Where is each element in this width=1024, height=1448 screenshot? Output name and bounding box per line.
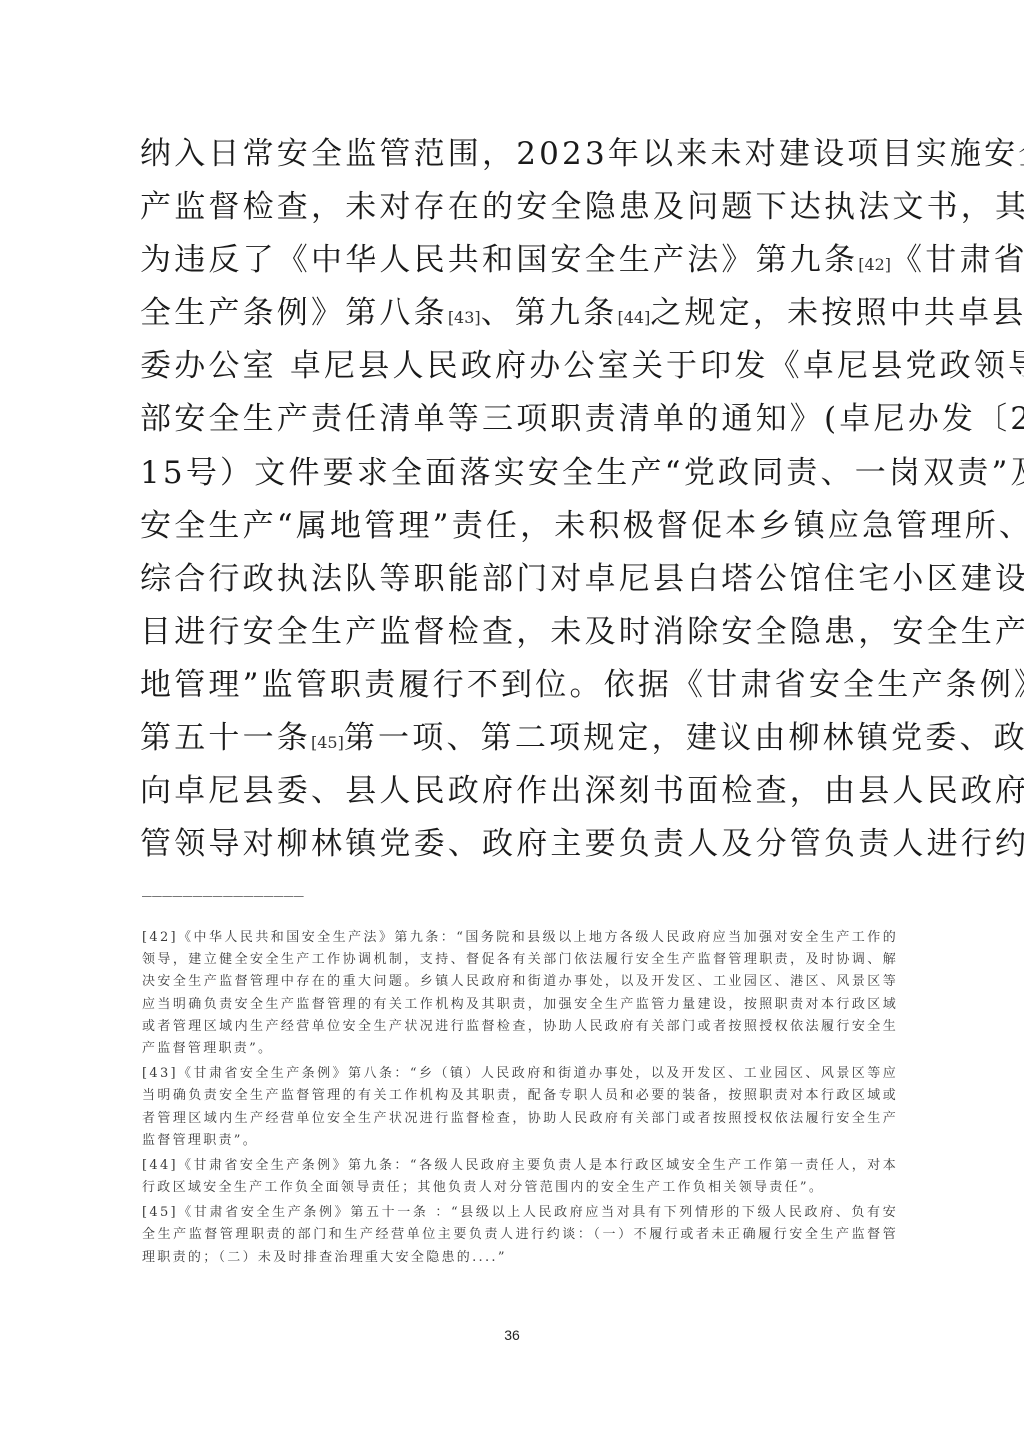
body-line-3-text: 为违反了《中华人民共和国安全生产法》第九条 <box>140 242 858 278</box>
body-line-5: 委办公室 卓尼县人民政府办公室关于印发《卓尼县党政领导干 <box>140 340 900 393</box>
footnote-42-line-4: 应当明确负责安全生产监督管理的有关工作机构及其职责，加强安全生产监管力量建设，按… <box>142 994 898 1016</box>
footnote-43-line-1: [43]《甘肃省安全生产条例》第八条：“乡（镇）人民政府和街道办事处，以及开发区… <box>142 1063 898 1085</box>
footnote-42-line-6: 产监督管理职责”。 <box>142 1038 898 1060</box>
body-line-8: 安全生产“属地管理”责任，未积极督促本乡镇应急管理所、 <box>140 500 900 553</box>
body-line-9: 综合行政执法队等职能部门对卓尼县白塔公馆住宅小区建设项 <box>140 553 900 606</box>
footnote-45-line-3: 理职责的；（二）未及时排查治理重大安全隐患的....” <box>142 1247 898 1269</box>
footnote-ref-44[interactable]: [44] <box>617 308 650 327</box>
footnote-separator: ________________ <box>142 878 360 898</box>
footnote-43: [43]《甘肃省安全生产条例》第八条：“乡（镇）人民政府和街道办事处，以及开发区… <box>142 1063 898 1152</box>
body-paragraph: 纳入日常安全监管范围，2023年以来未对建设项目实施安全生 产监督检查，未对存在… <box>140 128 900 871</box>
body-line-2: 产监督检查，未对存在的安全隐患及问题下达执法文书，其行 <box>140 181 900 234</box>
footnote-45: [45]《甘肃省安全生产条例》第五十一条 ：“县级以上人民政府应当对具有下列情形… <box>142 1202 898 1269</box>
footnote-43-line-3: 者管理区域内生产经营单位安全生产状况进行监督检查，协助人民政府有关部门或者按照授… <box>142 1108 898 1130</box>
body-line-12: 第五十一条[45]第一项、第二项规定，建议由柳林镇党委、政府 <box>140 712 900 765</box>
footnote-ref-42[interactable]: [42] <box>858 255 891 274</box>
body-line-1: 纳入日常安全监管范围，2023年以来未对建设项目实施安全生 <box>140 128 900 181</box>
footnote-44: [44]《甘肃省安全生产条例》第九条：“各级人民政府主要负责人是本行政区域安全生… <box>142 1155 898 1199</box>
footnote-43-line-2: 当明确负责安全生产监督管理的有关工作机构及其职责，配备专职人员和必要的装备，按照… <box>142 1085 898 1107</box>
document-page: 纳入日常安全监管范围，2023年以来未对建设项目实施安全生 产监督检查，未对存在… <box>0 0 1024 1448</box>
body-line-13: 向卓尼县委、县人民政府作出深刻书面检查，由县人民政府分 <box>140 765 900 818</box>
body-line-4-text: 全生产条例》第八条 <box>140 295 448 331</box>
body-line-3-tail: 《甘肃省安 <box>891 242 1024 278</box>
footnote-44-line-1: [44]《甘肃省安全生产条例》第九条：“各级人民政府主要负责人是本行政区域安全生… <box>142 1155 898 1177</box>
body-line-4-mid: 、第九条 <box>481 295 618 331</box>
body-line-6: 部安全生产责任清单等三项职责清单的通知》(卓尼办发〔2022〕 <box>140 393 900 446</box>
body-line-14: 管领导对柳林镇党委、政府主要负责人及分管负责人进行约谈。 <box>140 818 900 871</box>
footnote-45-line-2: 全生产监督管理职责的部门和生产经营单位主要负责人进行约谈：（一）不履行或者未正确… <box>142 1224 898 1246</box>
page-number: 36 <box>0 1327 1024 1343</box>
body-line-4: 全生产条例》第八条[43]、第九条[44]之规定，未按照中共卓县委 <box>140 287 900 340</box>
body-line-10: 目进行安全生产监督检查，未及时消除安全隐患，安全生产“属 <box>140 606 900 659</box>
footnote-ref-43[interactable]: [43] <box>448 308 481 327</box>
footnote-44-line-2: 行政区域安全生产工作负全面领导责任；其他负责人对分管范围内的安全生产工作负相关领… <box>142 1177 898 1199</box>
body-line-4-tail: 之规定，未按照中共卓县委 <box>650 295 1024 331</box>
body-line-11: 地管理”监管职责履行不到位。依据《甘肃省安全生产条例》 <box>140 659 900 712</box>
footnote-43-line-4: 监督管理职责”。 <box>142 1130 898 1152</box>
footnote-42-line-2: 领导，建立健全安全生产工作协调机制，支持、督促各有关部门依法履行安全生产监督管理… <box>142 949 898 971</box>
footnote-42-line-5: 或者管理区域内生产经营单位安全生产状况进行监督检查，协助人民政府有关部门或者按照… <box>142 1016 898 1038</box>
body-line-12-text: 第五十一条 <box>140 720 311 756</box>
footnote-ref-45[interactable]: [45] <box>311 733 344 752</box>
footnote-42-line-1: [42]《中华人民共和国安全生产法》第九条：“国务院和县级以上地方各级人民政府应… <box>142 927 898 949</box>
body-line-12-tail: 第一项、第二项规定，建议由柳林镇党委、政府 <box>344 720 1024 756</box>
footnote-42: [42]《中华人民共和国安全生产法》第九条：“国务院和县级以上地方各级人民政府应… <box>142 927 898 1060</box>
footnote-45-line-1: [45]《甘肃省安全生产条例》第五十一条 ：“县级以上人民政府应当对具有下列情形… <box>142 1202 898 1224</box>
body-line-7: 15号）文件要求全面落实安全生产“党政同责、一岗双责”及 <box>140 447 900 500</box>
footnotes-section: [42]《中华人民共和国安全生产法》第九条：“国务院和县级以上地方各级人民政府应… <box>142 927 898 1272</box>
footnote-42-line-3: 决安全生产监督管理中存在的重大问题。乡镇人民政府和街道办事处，以及开发区、工业园… <box>142 971 898 993</box>
body-line-3: 为违反了《中华人民共和国安全生产法》第九条[42]《甘肃省安 <box>140 234 900 287</box>
